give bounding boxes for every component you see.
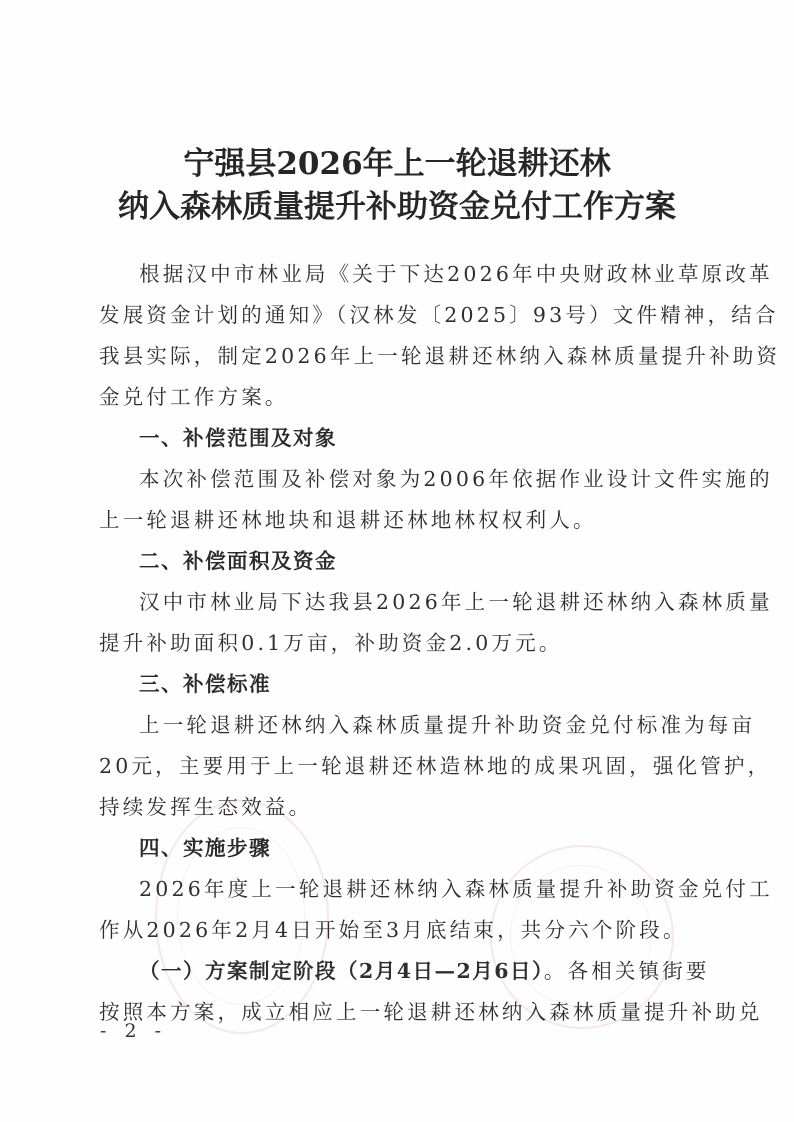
section-line: 提升补助面积0.1万亩，补助资金2.0万元。	[99, 625, 563, 662]
section-line: 作从2026年2月4日开始至3月底结束，共分六个阶段。	[99, 912, 687, 949]
section-line: 本次补偿范围及补偿对象为2006年依据作业设计文件实施的	[139, 461, 773, 498]
phase-one-heading: （一）方案制定阶段（2月4日—2月6日）	[139, 959, 544, 983]
intro-line: 我县实际，制定2026年上一轮退耕还林纳入森林质量提升补助资	[99, 338, 780, 375]
section-line: 汉中市林业局下达我县2026年上一轮退耕还林纳入森林质量	[139, 584, 773, 621]
intro-line: 发展资金计划的通知》（汉林发〔2025〕93号）文件精神，结合	[99, 297, 779, 334]
section-line: 上一轮退耕还林纳入森林质量提升补助资金兑付标准为每亩	[139, 707, 755, 744]
document-title-line-2: 纳入森林质量提升补助资金兑付工作方案	[0, 181, 794, 226]
section-line: 2026年度上一轮退耕还林纳入森林质量提升补助资金兑付工	[139, 871, 773, 908]
section-heading: 四、实施步骤	[139, 830, 271, 867]
document-title-line-1: 宁强县2026年上一轮退耕还林	[0, 138, 794, 183]
section-heading: 三、补偿标准	[139, 666, 271, 703]
page-number: - 2 -	[100, 1020, 167, 1042]
section-line: 持续发挥生态效益。	[99, 789, 312, 826]
document-page: 宁强县2026年上一轮退耕还林 纳入森林质量提升补助资金兑付工作方案 根据汉中市…	[0, 0, 794, 1122]
intro-line: 根据汉中市林业局《关于下达2026年中央财政林业草原改革	[139, 256, 773, 293]
section-line: 20元，主要用于上一轮退耕还林造林地的成果巩固，强化管护，	[99, 748, 771, 785]
phase-one-line: （一）方案制定阶段（2月4日—2月6日）。各相关镇街要	[139, 953, 710, 990]
section-heading: 一、补偿范围及对象	[139, 420, 337, 457]
section-line: 上一轮退耕还林地块和退耕还林地林权权利人。	[99, 502, 597, 539]
phase-one-line-2: 按照本方案，成立相应上一轮退耕还林纳入森林质量提升补助兑	[99, 994, 763, 1031]
phase-one-text: 。各相关镇街要	[544, 959, 710, 983]
intro-line: 金兑付工作方案。	[99, 379, 289, 416]
section-heading: 二、补偿面积及资金	[139, 543, 337, 580]
